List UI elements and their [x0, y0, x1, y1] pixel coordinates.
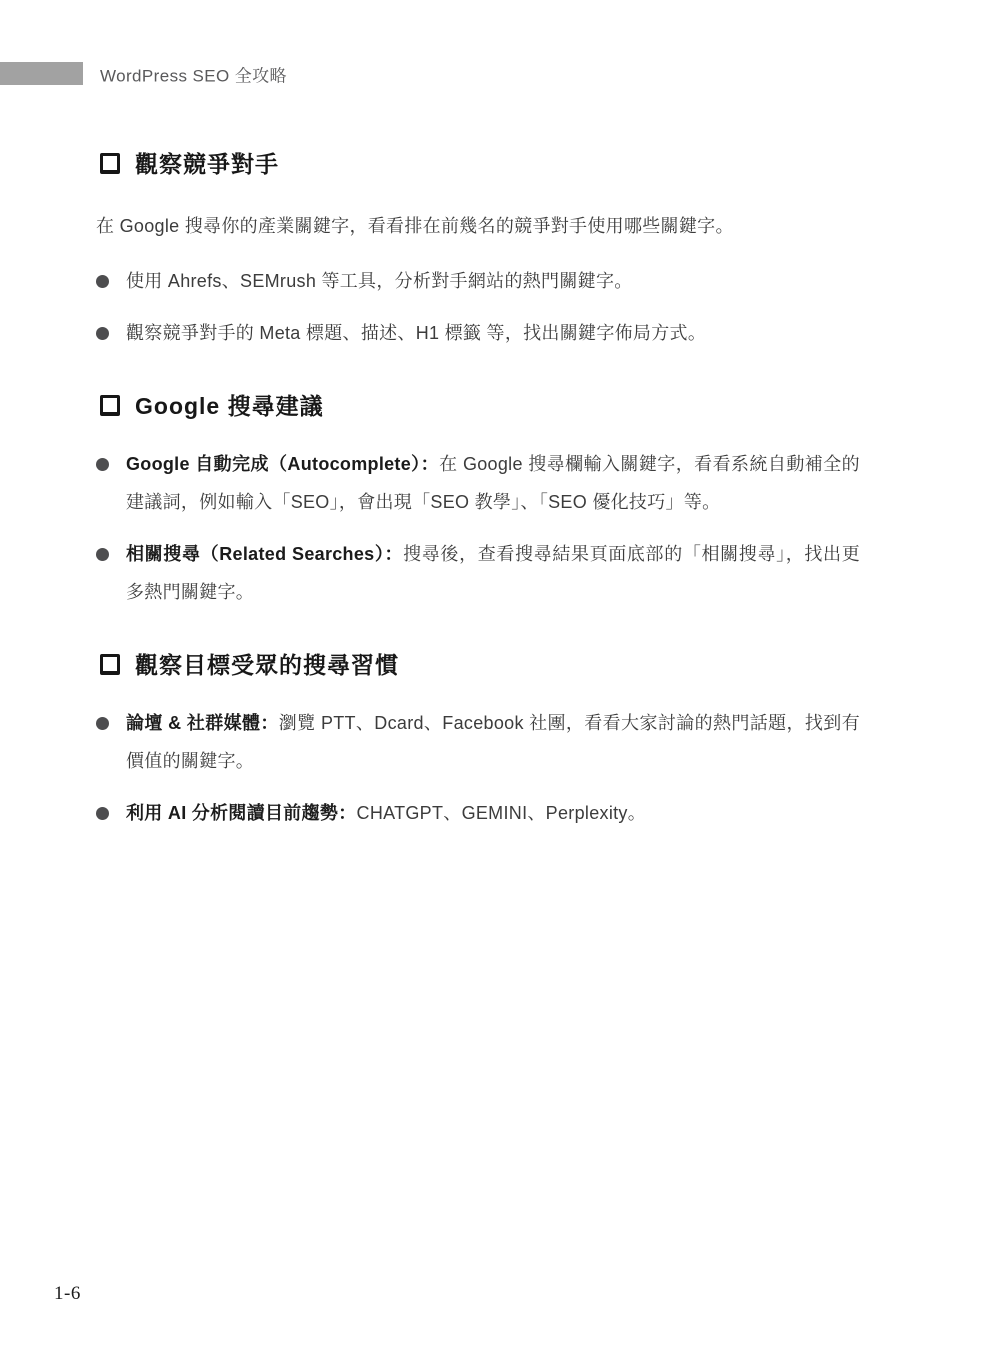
bullet-list: 使用 Ahrefs、SEMrush 等工具，分析對手網站的熱門關鍵字。 觀察競爭…: [96, 262, 860, 352]
section-heading: Google 搜尋建議: [96, 392, 860, 420]
section-google-suggestions: Google 搜尋建議 Google 自動完成（Autocomplete）：在 …: [96, 392, 860, 611]
list-item-text: Google 自動完成（Autocomplete）：在 Google 搜尋欄輸入…: [126, 445, 860, 521]
list-item: 觀察競爭對手的 Meta 標題、描述、H1 標籤 等，找出關鍵字佈局方式。: [96, 314, 860, 352]
section-audience-search-habits: 觀察目標受眾的搜尋習慣 論壇 & 社群媒體：瀏覽 PTT、Dcard、Faceb…: [96, 651, 860, 832]
list-item-body: 使用 Ahrefs、SEMrush 等工具，分析對手網站的熱門關鍵字。: [126, 271, 633, 291]
header-bar-decoration: [0, 62, 83, 85]
circle-bullet-icon: [96, 327, 109, 340]
section-title: 觀察競爭對手: [135, 150, 279, 178]
running-header: WordPress SEO 全攻略: [0, 62, 1000, 85]
section-title: 觀察目標受眾的搜尋習慣: [135, 651, 399, 679]
section-title: Google 搜尋建議: [135, 392, 324, 420]
bullet-list: 論壇 & 社群媒體：瀏覽 PTT、Dcard、Facebook 社團，看看大家討…: [96, 704, 860, 832]
list-item-lead: 利用 AI 分析閱讀目前趨勢：: [126, 803, 357, 823]
section-intro-text: 在 Google 搜尋你的產業關鍵字，看看排在前幾名的競爭對手使用哪些關鍵字。: [96, 214, 860, 239]
circle-bullet-icon: [96, 458, 109, 471]
list-item: 利用 AI 分析閱讀目前趨勢：CHATGPT、GEMINI、Perplexity…: [96, 794, 860, 832]
list-item: 使用 Ahrefs、SEMrush 等工具，分析對手網站的熱門關鍵字。: [96, 262, 860, 300]
page-number: 1-6: [54, 1283, 81, 1305]
circle-bullet-icon: [96, 548, 109, 561]
list-item-lead: Google 自動完成（Autocomplete）：: [126, 454, 439, 474]
list-item-text: 觀察競爭對手的 Meta 標題、描述、H1 標籤 等，找出關鍵字佈局方式。: [126, 314, 860, 352]
list-item-text: 相關搜尋（Related Searches）：搜尋後，查看搜尋結果頁面底部的「相…: [126, 535, 860, 611]
square-bullet-icon: [100, 654, 120, 675]
square-bullet-icon: [100, 153, 120, 174]
section-heading: 觀察競爭對手: [96, 150, 860, 178]
circle-bullet-icon: [96, 275, 109, 288]
list-item: 相關搜尋（Related Searches）：搜尋後，查看搜尋結果頁面底部的「相…: [96, 535, 860, 611]
book-title: WordPress SEO 全攻略: [100, 61, 287, 86]
list-item-text: 論壇 & 社群媒體：瀏覽 PTT、Dcard、Facebook 社團，看看大家討…: [126, 704, 860, 780]
section-observe-competitors: 觀察競爭對手 在 Google 搜尋你的產業關鍵字，看看排在前幾名的競爭對手使用…: [96, 150, 860, 352]
book-page: WordPress SEO 全攻略 觀察競爭對手 在 Google 搜尋你的產業…: [0, 0, 1000, 1353]
bullet-list: Google 自動完成（Autocomplete）：在 Google 搜尋欄輸入…: [96, 445, 860, 611]
list-item-body: CHATGPT、GEMINI、Perplexity。: [357, 803, 647, 823]
page-content: 觀察競爭對手 在 Google 搜尋你的產業關鍵字，看看排在前幾名的競爭對手使用…: [96, 140, 860, 832]
list-item-text: 使用 Ahrefs、SEMrush 等工具，分析對手網站的熱門關鍵字。: [126, 262, 860, 300]
list-item-text: 利用 AI 分析閱讀目前趨勢：CHATGPT、GEMINI、Perplexity…: [126, 794, 860, 832]
list-item-body: 觀察競爭對手的 Meta 標題、描述、H1 標籤 等，找出關鍵字佈局方式。: [126, 323, 706, 343]
square-bullet-icon: [100, 395, 120, 416]
list-item: 論壇 & 社群媒體：瀏覽 PTT、Dcard、Facebook 社團，看看大家討…: [96, 704, 860, 780]
section-heading: 觀察目標受眾的搜尋習慣: [96, 651, 860, 679]
circle-bullet-icon: [96, 717, 109, 730]
circle-bullet-icon: [96, 807, 109, 820]
list-item-lead: 論壇 & 社群媒體：: [126, 713, 279, 733]
list-item: Google 自動完成（Autocomplete）：在 Google 搜尋欄輸入…: [96, 445, 860, 521]
list-item-lead: 相關搜尋（Related Searches）：: [126, 544, 403, 564]
